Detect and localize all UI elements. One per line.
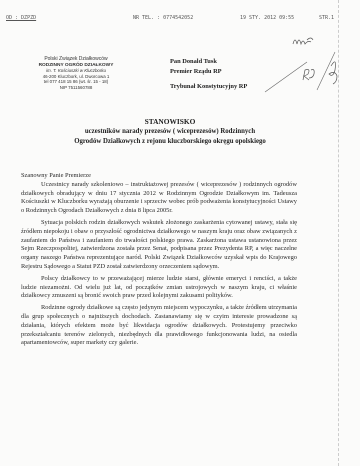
document-title: STANOWISKO — [0, 117, 340, 127]
paragraph: Polscy działkowcy to w przeważającej mie… — [21, 275, 297, 301]
fax-page-number: STR.1 — [319, 15, 334, 21]
document-title-block: STANOWISKO uczestników narady prezesów (… — [0, 117, 340, 147]
paragraph: Uczestnicy narady szkoleniowo – instrukt… — [21, 181, 297, 216]
document-subtitle: Ogrodów Działkowych z rejonu kluczborski… — [0, 137, 340, 147]
stamp-line: NIP 7511560788 — [26, 85, 126, 91]
addressee-block: Pan Donald Tusk Premier Rządu RP Trybuna… — [170, 57, 247, 92]
fax-header: OD : DZPZD NR TEL. : 0774542052 19 STY. … — [0, 15, 360, 25]
paragraph: Sytuacja polskich rodzin działkowych wsk… — [21, 219, 297, 272]
document-subtitle: uczestników narady prezesów ( wiceprezes… — [0, 127, 340, 137]
addressee-title: Premier Rządu RP — [170, 67, 247, 77]
addressee-second: Trybunał Konstytucyjny RP — [170, 82, 247, 92]
fax-phone-number: NR TEL. : 0774542052 — [133, 15, 193, 21]
fax-sender: OD : DZPZD — [6, 15, 36, 21]
sender-stamp: Polski Związek Działkowców RODZINNY OGRÓ… — [26, 57, 126, 91]
addressee-name: Pan Donald Tusk — [170, 57, 247, 67]
document-body: Szanowny Panie Premierze Uczestnicy nara… — [21, 172, 297, 348]
paragraph: Rodzinne ogrody działkowe są często jedy… — [21, 304, 297, 348]
salutation: Szanowny Panie Premierze — [21, 172, 297, 181]
fax-datetime: 19 STY. 2012 09:55 — [240, 15, 294, 21]
scan-edge-divider — [338, 0, 340, 466]
